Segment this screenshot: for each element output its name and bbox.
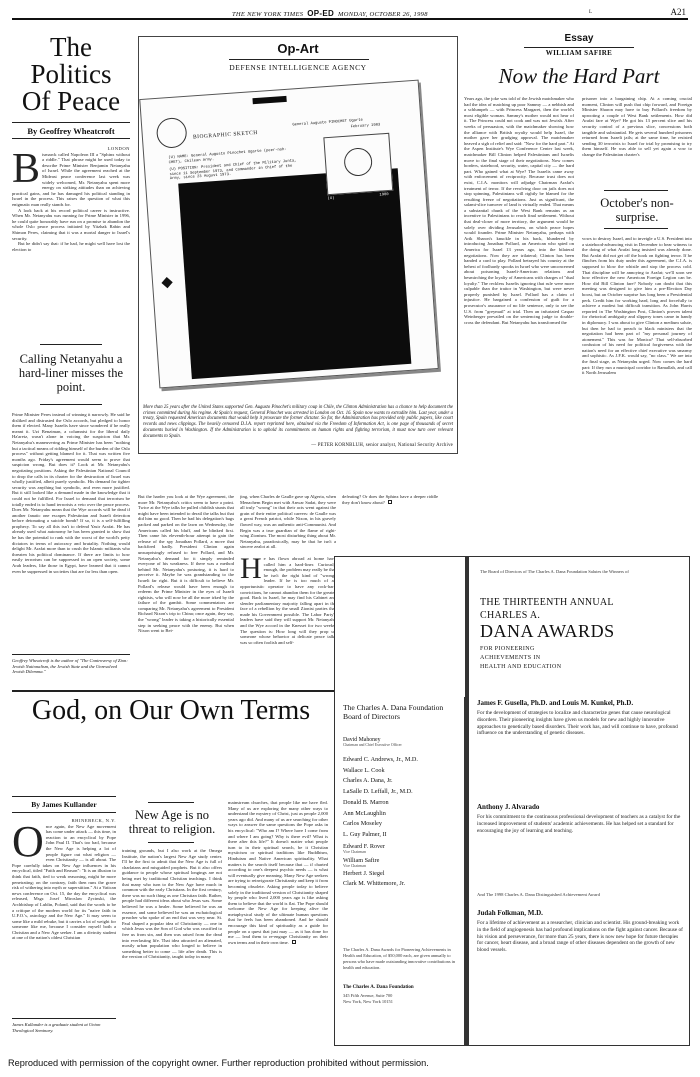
- issue-date: MONDAY, OCTOBER 26, 1998: [338, 11, 428, 18]
- ad-intro: The Board of Directors of The Charles A.…: [480, 569, 680, 575]
- article-column: vows to destroy Israel, and to inveigle …: [582, 236, 692, 546]
- wheatcroft-headline: The Politics Of Peace: [12, 34, 130, 115]
- paragraph: A look back at his record political care…: [12, 208, 130, 242]
- winner-entry: Judah Folkman, M.D. For a lifetime of ac…: [477, 909, 683, 954]
- board-member: Charles A. Dana, Jr.: [343, 776, 465, 787]
- winner-citation: For his commitment to the continuous pro…: [477, 814, 683, 834]
- divider: [40, 404, 102, 405]
- end-mark-icon: [388, 500, 392, 504]
- paragraph: jing, when Charles de Gaulle gave up Alg…: [240, 494, 336, 549]
- op-art-credit: — PETER KORNBLUH, senior analyst, Nation…: [143, 443, 453, 448]
- ad-subtitle-line: FOR PIONEERING: [480, 645, 561, 654]
- photo-year: 1980: [379, 193, 388, 198]
- article-column: training grounds, but I also work at the…: [122, 848, 222, 1043]
- ad-title-line2: CHARLES A.: [480, 610, 540, 621]
- divider: [40, 344, 102, 345]
- ad-subtitle: FOR PIONEERING ACHIEVEMENTS IN HEALTH AN…: [480, 645, 561, 672]
- winner-names: Judah Folkman, M.D.: [477, 909, 683, 917]
- board-member: Carlos Moseley: [343, 819, 465, 830]
- paper-name: THE NEW YORK TIMES: [232, 11, 303, 18]
- article-column: RHINEBECK, N.Y. O nce again, the New Age…: [12, 818, 116, 1013]
- dropcap: B: [12, 152, 40, 186]
- redacted-block: [178, 168, 411, 379]
- board-member: LaSalle D. Leffall, Jr., M.D.: [343, 787, 465, 798]
- winner-entry: James F. Gusella, Ph.D. and Louis M. Kun…: [477, 699, 683, 737]
- diamond-mark-icon: [161, 277, 172, 288]
- divider: [12, 122, 130, 123]
- divider: [148, 842, 194, 843]
- ad-title-line1: THE THIRTEENTH ANNUAL: [480, 597, 614, 608]
- essay-headline: Now the Hard Part: [464, 64, 694, 89]
- doc-date: February 1983: [351, 123, 381, 129]
- board-member: Clark M. Whittemore, Jr.: [343, 879, 465, 890]
- divider: [604, 228, 668, 229]
- divider: [524, 47, 634, 48]
- copyright-notice: Reproduced with permission of the copyri…: [8, 1058, 429, 1068]
- winner-entry: Anthony J. Alvarado For his commitment t…: [477, 803, 683, 834]
- article-column: mainstream churches, that people like me…: [228, 800, 328, 1043]
- masthead-rule: [12, 18, 688, 20]
- ad-title-line3: DANA AWARDS: [480, 621, 615, 642]
- divider: [229, 59, 369, 60]
- doc-heading: BIOGRAPHIC SKETCH: [193, 130, 258, 141]
- essay-label: Essay: [464, 33, 694, 44]
- board-member: Herbert J. Siegel: [343, 869, 465, 880]
- board-chairman: David Mahoney Chairman and Chief Executi…: [343, 737, 463, 747]
- headline-line: Politics: [12, 61, 130, 88]
- ad-subtitle-line: ACHIEVEMENTS IN: [480, 654, 561, 663]
- redacted-classification: [252, 96, 286, 104]
- photo-caption: (U): [328, 197, 335, 201]
- author-name: WILLIAM SAFIRE: [464, 49, 694, 57]
- masthead-title: THE NEW YORK TIMES OP-ED MONDAY, OCTOBER…: [232, 9, 428, 18]
- board-member: Donald B. Marron: [343, 798, 465, 809]
- winner-names: Anthony J. Alvarado: [477, 803, 683, 811]
- divider: [12, 796, 116, 797]
- divider: [12, 138, 130, 139]
- article-column: LONDON B ismarck called Napoleon III a "…: [12, 146, 130, 336]
- winner-citation: For the development of strategies to loc…: [477, 710, 683, 737]
- board-member: Ann McLaughlin: [343, 809, 465, 820]
- dropcap: O: [12, 824, 44, 860]
- byline: By James Kullander: [12, 800, 116, 809]
- headline: God, on Our Own Terms: [12, 696, 330, 726]
- board-member: Edward C. Andrews, Jr., M.D.: [343, 755, 465, 766]
- dia-document: BIOGRAPHIC SKETCH General Augusto PINOCH…: [139, 80, 439, 389]
- board-title: The Charles A. Dana Foundation Board of …: [343, 703, 461, 721]
- article-column: defeating? Or does the Sphinx have a dee…: [342, 494, 438, 524]
- distinguished-intro: And The 1998 Charles A. Dana Distinguish…: [477, 892, 607, 898]
- edition-mark: L: [589, 10, 592, 15]
- page-number: A21: [671, 7, 687, 17]
- author-tagline: Geoffrey Wheatcroft is the author of "Th…: [12, 654, 130, 675]
- article-column: jing, when Charles de Gaulle gave up Alg…: [240, 494, 336, 684]
- dropcap: H: [240, 556, 262, 582]
- article-column: Years ago, the joke was told of the Jewi…: [464, 96, 574, 546]
- divider: [12, 812, 116, 813]
- divider: [148, 802, 194, 803]
- headline-line: Of Peace: [12, 88, 130, 115]
- ad-band: [465, 557, 469, 1046]
- op-art-box: Op-Art DEFENSE INTELLIGENCE AGENCY BIOGR…: [138, 36, 458, 454]
- photo-frame: [323, 133, 393, 195]
- chairman-role: Chairman and Chief Executive Officer: [343, 743, 463, 747]
- article-column: But the harder you look at the Wye agree…: [138, 494, 234, 684]
- byline: By Geoffrey Wheatcroft: [12, 126, 130, 136]
- paragraph: But he didn't say that: if he had, he mi…: [12, 241, 130, 252]
- masthead: THE NEW YORK TIMES OP-ED MONDAY, OCTOBER…: [0, 0, 700, 26]
- op-art-label: Op-Art: [139, 41, 457, 56]
- foundation-name: The Charles A. Dana Foundation: [343, 985, 461, 990]
- end-mark-icon: [292, 940, 296, 944]
- pull-quote: Calling Netanyahu a hard-liner misses th…: [12, 352, 130, 394]
- author-tagline: James Kullander is a graduate student at…: [12, 1018, 116, 1033]
- op-art-caption: More than 25 years after the United Stat…: [143, 405, 453, 439]
- safire-essay: Essay WILLIAM SAFIRE Now the Hard Part Y…: [464, 30, 694, 550]
- winner-names: James F. Gusella, Ph.D. and Louis M. Kun…: [477, 699, 683, 707]
- board-member-role: Vice Chairman: [343, 850, 465, 855]
- section-name: OP-ED: [307, 9, 334, 18]
- op-art-title: DEFENSE INTELLIGENCE AGENCY: [139, 63, 457, 72]
- foundation-address: 345 Fifth Avenue, Suite 700 New York, Ne…: [343, 993, 461, 1005]
- seal-icon: [156, 117, 188, 149]
- seal-icon: [343, 147, 373, 177]
- board-member: Wallace L. Cook: [343, 766, 465, 777]
- pull-quote: October's non-surprise.: [582, 196, 692, 224]
- board-members: Edward C. Andrews, Jr., M.D. Wallace L. …: [343, 755, 465, 890]
- board-member: L. Guy Palmer, II: [343, 830, 465, 841]
- article-column: prisoner into a bargaining chip. At a co…: [582, 96, 692, 176]
- award-note: The Charles A. Dana Awards for Pioneerin…: [343, 947, 461, 971]
- winner-citation: For a lifetime of achievement as a resea…: [477, 920, 683, 954]
- headline-line: The: [12, 34, 130, 61]
- address-line: New York, New York 10151: [343, 999, 461, 1005]
- divider: [604, 190, 668, 191]
- article-column: Prime Minister Peres instead of winning …: [12, 412, 130, 647]
- ad-subtitle-line: HEALTH AND EDUCATION: [480, 663, 561, 672]
- board-member: Edward F. Rover: [343, 843, 465, 850]
- pull-quote: New Age is no threat to religion.: [122, 808, 222, 836]
- kullander-article: God, on Our Own Terms By James Kullander…: [12, 696, 332, 1046]
- board-member: William Safire: [343, 857, 465, 864]
- dana-awards-ad: The Board of Directors of The Charles A.…: [334, 556, 690, 1046]
- paragraph: mainstream churches, that people like me…: [228, 800, 328, 945]
